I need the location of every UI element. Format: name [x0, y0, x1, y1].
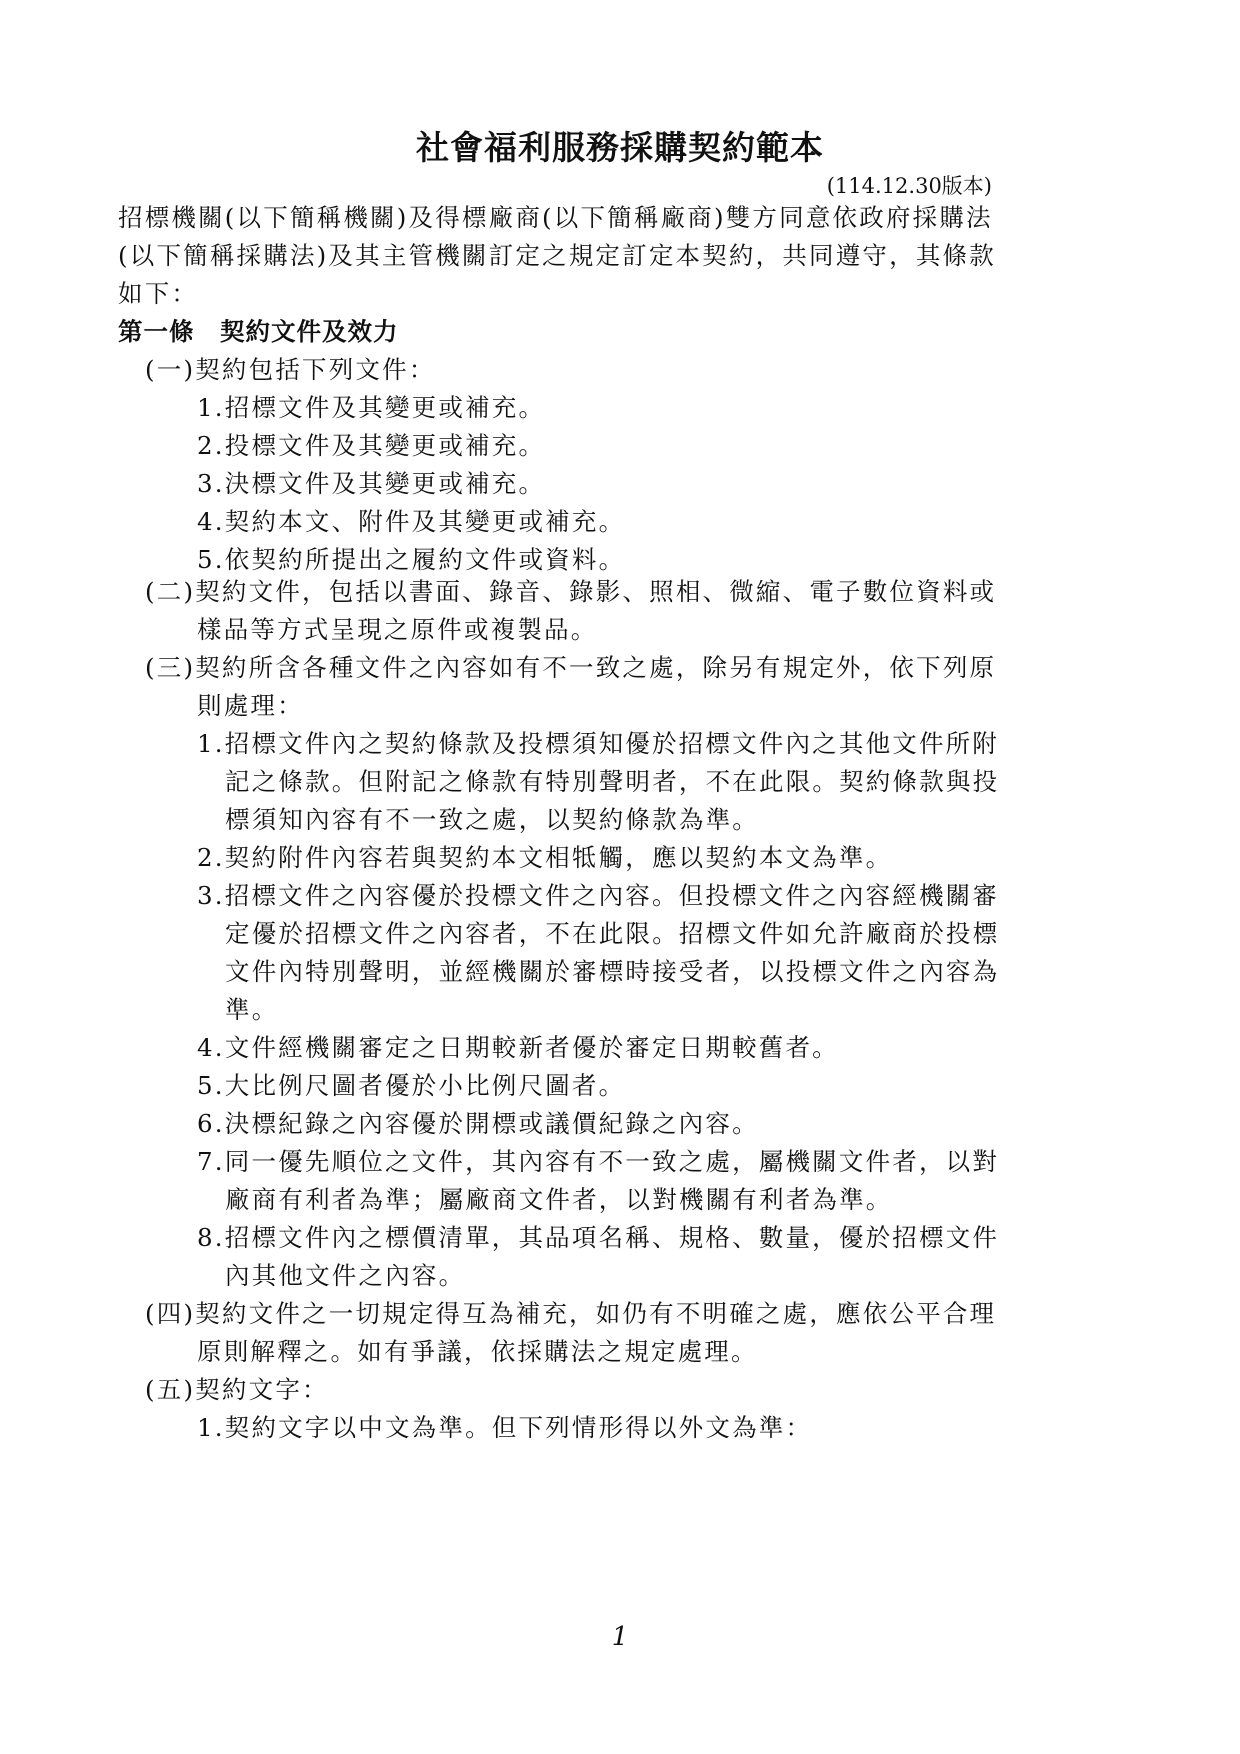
intro-line: (以下簡稱採購法)及其主管機關訂定之規定訂定本契約，共同遵守，其條款	[118, 237, 996, 275]
sub-item: 1.契約文字以中文為準。但下列情形得以外文為準：	[197, 1409, 812, 1447]
clause-continuation: 則處理：	[197, 687, 304, 725]
sub-item: 5.大比例尺圖者優於小比例尺圖者。	[197, 1067, 625, 1105]
clause-item: (五)契約文字：	[145, 1371, 329, 1409]
sub-item: 4.文件經機關審定之日期較新者優於審定日期較舊者。	[197, 1029, 839, 1067]
clause-item: (二)契約文件，包括以書面、錄音、錄影、照相、微縮、電子數位資料或	[145, 573, 996, 611]
sub-item: 8.招標文件內之標價清單，其品項名稱、規格、數量，優於招標文件	[197, 1219, 999, 1257]
sub-item: 6.決標紀錄之內容優於開標或議價紀錄之內容。	[197, 1105, 759, 1143]
sub-item: 3.決標文件及其變更或補充。	[197, 465, 545, 503]
intro-line: 招標機關(以下簡稱機關)及得標廠商(以下簡稱廠商)雙方同意依政府採購法	[118, 199, 993, 237]
article-heading: 第一條 契約文件及效力	[118, 313, 399, 351]
sub-item-continuation: 內其他文件之內容。	[225, 1257, 465, 1295]
sub-item-continuation: 廠商有利者為準；屬廠商文件者，以對機關有利者為準。	[225, 1181, 893, 1219]
intro-line: 如下：	[118, 275, 198, 313]
clause-continuation: 原則解釋之。如有爭議，依採購法之規定處理。	[197, 1333, 758, 1371]
sub-item: 2.契約附件內容若與契約本文相牴觸，應以契約本文為準。	[197, 839, 892, 877]
sub-item: 7.同一優先順位之文件，其內容有不一致之處，屬機關文件者，以對	[197, 1143, 999, 1181]
sub-item-continuation: 文件內特別聲明，並經機關於審標時接受者，以投標文件之內容為	[225, 953, 999, 991]
sub-item: 2.投標文件及其變更或補充。	[197, 427, 545, 465]
sub-item: 4.契約本文、附件及其變更或補充。	[197, 503, 625, 541]
document-page: 社會福利服務採購契約範本 (114.12.30版本) 招標機關(以下簡稱機關)及…	[0, 0, 1240, 1754]
page-number: 1	[0, 1622, 1240, 1652]
clause-item: (三)契約所含各種文件之內容如有不一致之處，除另有規定外，依下列原	[145, 649, 996, 687]
clause-item: (四)契約文件之一切規定得互為補充，如仍有不明確之處，應依公平合理	[145, 1295, 996, 1333]
sub-item: 1.招標文件內之契約條款及投標須知優於招標文件內之其他文件所附	[197, 725, 999, 763]
sub-item-continuation: 記之條款。但附記之條款有特別聲明者，不在此限。契約條款與投	[225, 763, 999, 801]
sub-item: 3.招標文件之內容優於投標文件之內容。但投標文件之內容經機關審	[197, 877, 999, 915]
document-title: 社會福利服務採購契約範本	[0, 122, 1240, 169]
sub-item-continuation: 準。	[225, 991, 278, 1029]
sub-item-continuation: 定優於招標文件之內容者，不在此限。招標文件如允許廠商於投標	[225, 915, 999, 953]
sub-item: 1.招標文件及其變更或補充。	[197, 389, 545, 427]
clause-continuation: 樣品等方式呈現之原件或複製品。	[197, 611, 598, 649]
version-label: (114.12.30版本)	[827, 170, 992, 200]
clause-item: (一)契約包括下列文件：	[145, 351, 436, 389]
sub-item-continuation: 標須知內容有不一致之處，以契約條款為準。	[225, 801, 759, 839]
